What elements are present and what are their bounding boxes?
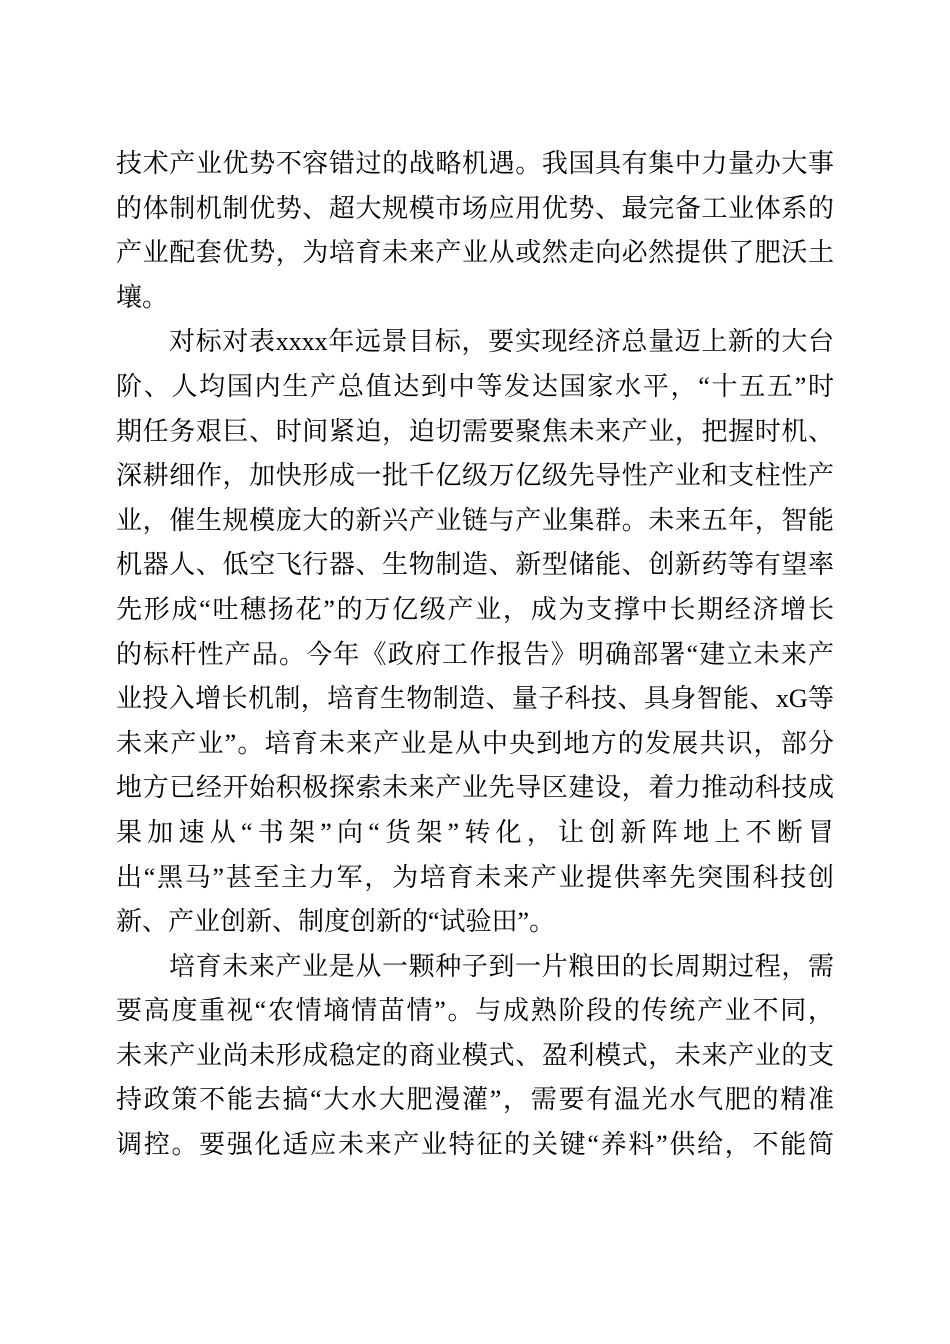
- text-line: 的标杆性产品。今年《政府工作报告》明确部署“建立未来产: [116, 633, 834, 678]
- text-line: 未来产业”。培育未来产业是从中央到地方的发展共识，部分: [116, 722, 834, 767]
- text-line: 出“黑马”甚至主力军，为培育未来产业提供率先突围科技创: [116, 856, 834, 901]
- text-line: 技术产业优势不容错过的战略机遇。我国具有集中力量办大事: [116, 142, 834, 187]
- text-line: 持政策不能去搞“大水大肥漫灌”，需要有温光水气肥的精准: [116, 1078, 834, 1123]
- text-line: 阶、人均国内生产总值达到中等发达国家水平，“十五五”时: [116, 365, 834, 410]
- text-line: 机器人、低空飞行器、生物制造、新型储能、创新药等有望率: [116, 543, 834, 588]
- text-line: 产业配套优势，为培育未来产业从或然走向必然提供了肥沃土: [116, 231, 834, 276]
- text-line: 未来产业尚未形成稳定的商业模式、盈利模式，未来产业的支: [116, 1034, 834, 1079]
- text-line: 深耕细作，加快形成一批千亿级万亿级先导性产业和支柱性产: [116, 454, 834, 499]
- document-body: 技术产业优势不容错过的战略机遇。我国具有集中力量办大事的体制机制优势、超大规模市…: [116, 142, 834, 1168]
- text-line: 对标对表xxxx年远景目标，要实现经济总量迈上新的大台: [116, 320, 834, 365]
- text-line: 壤。: [116, 276, 834, 321]
- document-page: 技术产业优势不容错过的战略机遇。我国具有集中力量办大事的体制机制优势、超大规模市…: [0, 0, 950, 1344]
- text-line: 新、产业创新、制度创新的“试验田”。: [116, 900, 834, 945]
- text-line: 先形成“吐穗扬花”的万亿级产业，成为支撑中长期经济增长: [116, 588, 834, 633]
- text-line: 培育未来产业是从一颗种子到一片粮田的长周期过程，需: [116, 945, 834, 990]
- text-line: 业，催生规模庞大的新兴产业链与产业集群。未来五年，智能: [116, 499, 834, 544]
- text-line: 期任务艰巨、时间紧迫，迫切需要聚焦未来产业，把握时机、: [116, 410, 834, 455]
- text-line: 果加速从“书架”向“货架”转化，让创新阵地上不断冒: [116, 811, 834, 856]
- text-line: 的体制机制优势、超大规模市场应用优势、最完备工业体系的: [116, 187, 834, 232]
- text-line: 业投入增长机制，培育生物制造、量子科技、具身智能、xG等: [116, 677, 834, 722]
- text-line: 调控。要强化适应未来产业特征的关键“养料”供给，不能简: [116, 1123, 834, 1168]
- text-line: 要高度重视“农情墒情苗情”。与成熟阶段的传统产业不同，: [116, 989, 834, 1034]
- text-line: 地方已经开始积极探索未来产业先导区建设，着力推动科技成: [116, 766, 834, 811]
